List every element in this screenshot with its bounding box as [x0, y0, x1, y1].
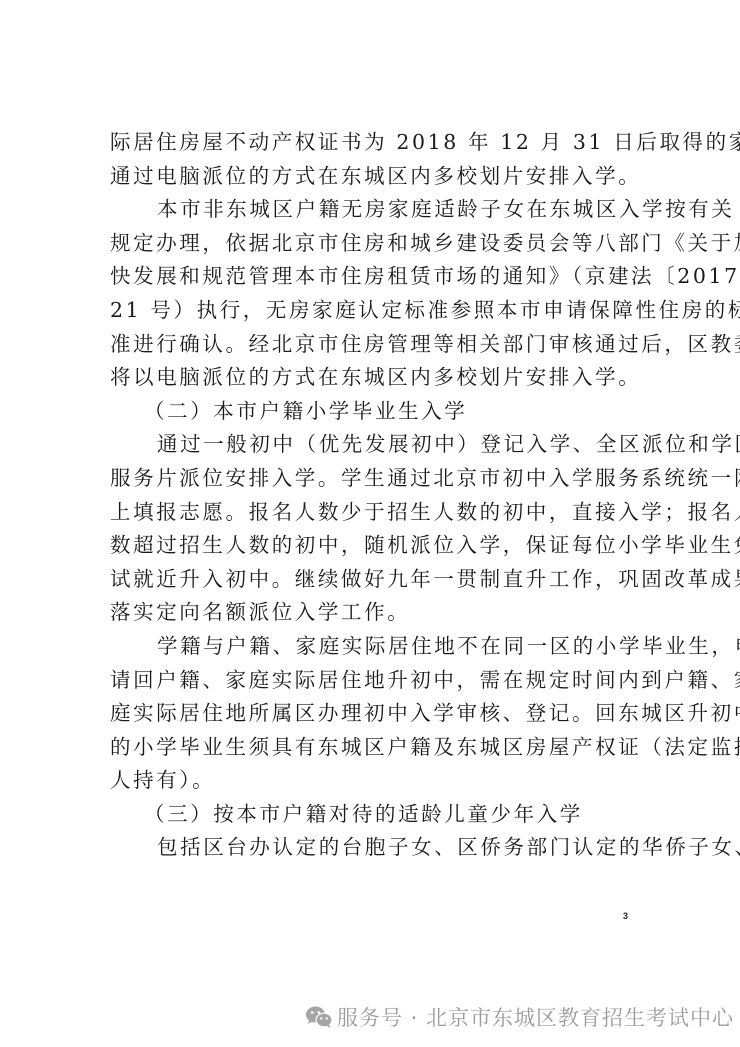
body-line: 人持有）。 [110, 764, 634, 798]
body-line: 上填报志愿。报名人数少于招生人数的初中，直接入学；报名人 [110, 496, 634, 530]
body-line: 数超过招生人数的初中，随机派位入学，保证每位小学毕业生免 [110, 529, 634, 563]
body-line: 快发展和规范管理本市住房租赁市场的通知》（京建法〔2017〕 [110, 260, 634, 294]
body-line: 庭实际居住地所属区办理初中入学审核、登记。回东城区升初中 [110, 697, 634, 731]
section-heading: （二）本市户籍小学毕业生入学 [110, 395, 634, 429]
watermark-text: 服务号 · 北京市东城区教育招生考试中心 [337, 1002, 734, 1032]
body-line: 请回户籍、家庭实际居住地升初中，需在规定时间内到户籍、家 [110, 664, 634, 698]
page-number: 3 [623, 911, 628, 921]
wechat-watermark: 服务号 · 北京市东城区教育招生考试中心 [305, 1002, 734, 1032]
paragraph-start-line: 包括区台办认定的台胞子女、区侨务部门认定的华侨子女、 [110, 831, 634, 865]
wechat-icon [305, 1005, 333, 1029]
body-line: 准进行确认。经北京市住房管理等相关部门审核通过后，区教委 [110, 328, 634, 362]
paragraph-start-line: 本市非东城区户籍无房家庭适龄子女在东城区入学按有关 [110, 193, 634, 227]
body-line: 服务片派位安排入学。学生通过北京市初中入学服务系统统一网 [110, 462, 634, 496]
body-line: 将以电脑派位的方式在东城区内多校划片安排入学。 [110, 361, 634, 395]
body-line: 的小学毕业生须具有东城区户籍及东城区房屋产权证（法定监护 [110, 731, 634, 765]
document-page: 际居住房屋不动产权证书为 2018 年 12 月 31 日后取得的家庭， 通过电… [110, 126, 634, 865]
body-line: 通过电脑派位的方式在东城区内多校划片安排入学。 [110, 160, 634, 194]
body-line: 规定办理，依据北京市住房和城乡建设委员会等八部门《关于加 [110, 227, 634, 261]
body-line: 试就近升入初中。继续做好九年一贯制直升工作，巩固改革成果， [110, 563, 634, 597]
body-line: 际居住房屋不动产权证书为 2018 年 12 月 31 日后取得的家庭， [110, 126, 634, 160]
paragraph-start-line: 学籍与户籍、家庭实际居住地不在同一区的小学毕业生，申 [110, 630, 634, 664]
paragraph-start-line: 通过一般初中（优先发展初中）登记入学、全区派位和学区 [110, 428, 634, 462]
section-heading: （三）按本市户籍对待的适龄儿童少年入学 [110, 798, 634, 832]
body-line: 落实定向名额派位入学工作。 [110, 596, 634, 630]
body-line: 21 号）执行，无房家庭认定标准参照本市申请保障性住房的标 [110, 294, 634, 328]
